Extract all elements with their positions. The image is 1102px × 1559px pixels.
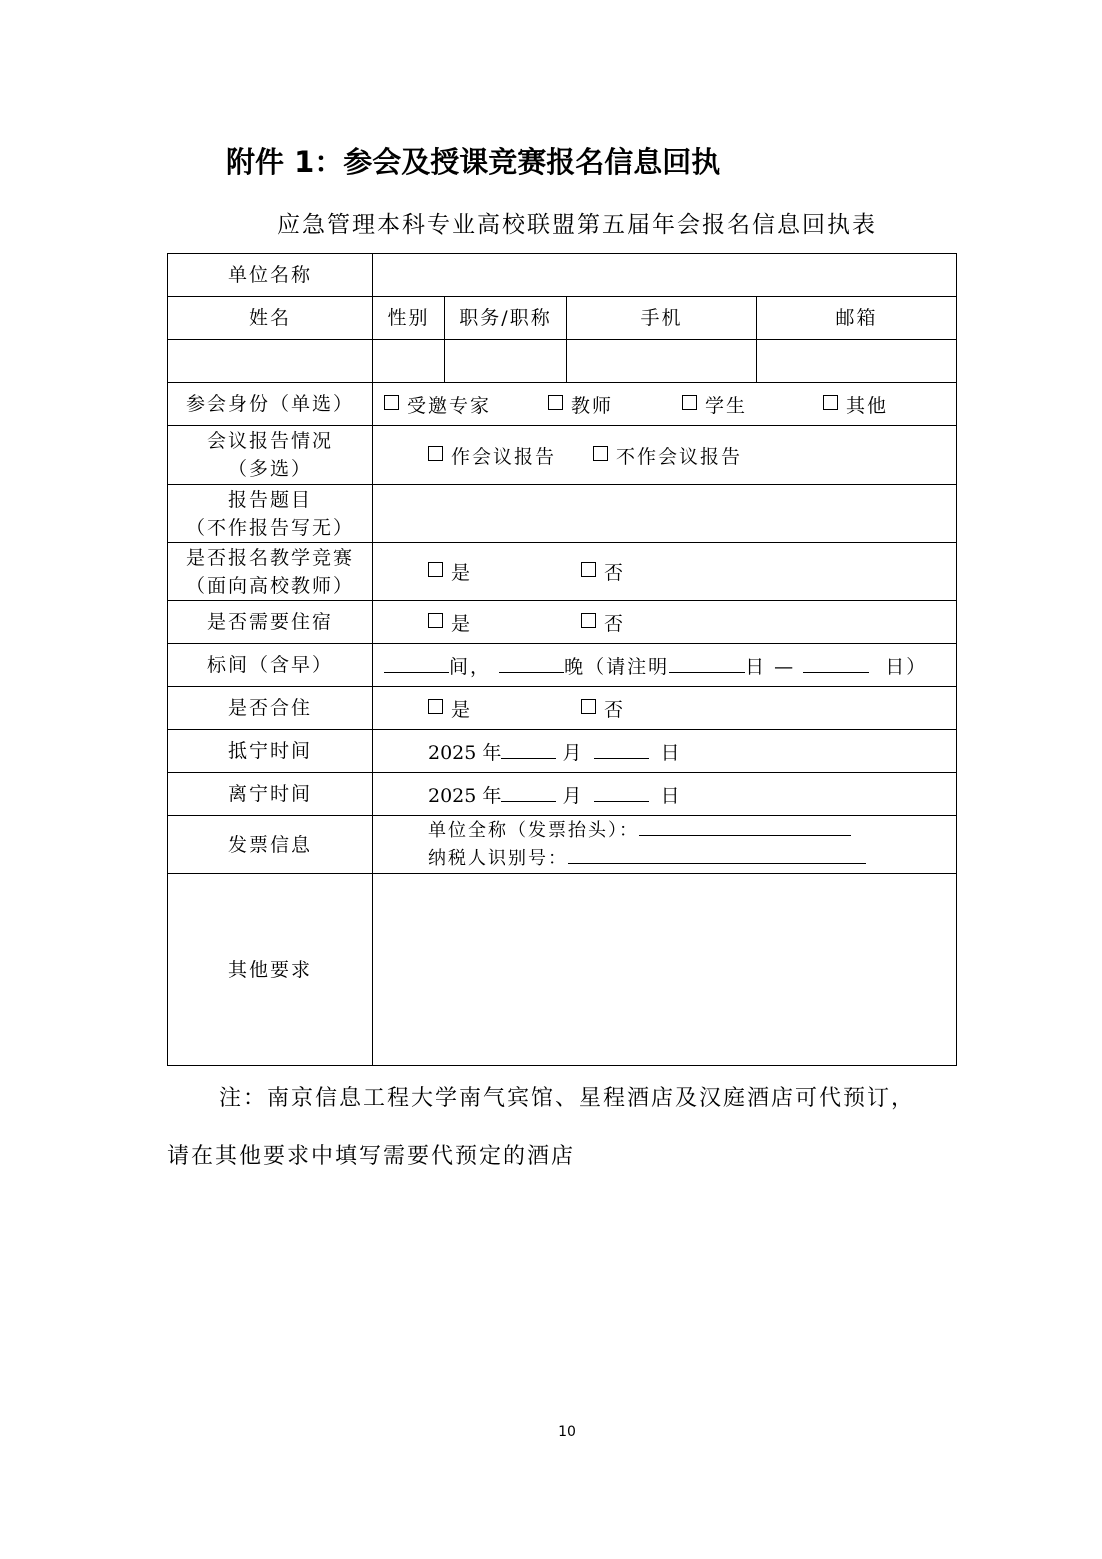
- row-standard-room: 标间（含早） 间， 晚（请注明日 — 日）: [168, 644, 957, 687]
- nights-blank[interactable]: [499, 654, 564, 673]
- invoice-title-blank[interactable]: [639, 817, 851, 836]
- share-room-option-yes[interactable]: 是: [428, 695, 581, 722]
- other-label: 其他要求: [168, 874, 373, 1066]
- arrival-day-blank[interactable]: [594, 740, 649, 759]
- checkbox-icon[interactable]: [682, 395, 697, 410]
- departure-label: 离宁时间: [168, 773, 373, 816]
- row-invoice: 发票信息 单位全称（发票抬头）： 纳税人识别号：: [168, 816, 957, 874]
- checkbox-icon[interactable]: [548, 395, 563, 410]
- share-room-label: 是否合住: [168, 687, 373, 730]
- title-field[interactable]: [445, 340, 567, 383]
- report-title-field[interactable]: [373, 485, 957, 543]
- attachment-heading: 附件 1：参会及授课竞赛报名信息回执: [226, 140, 720, 181]
- unit-name-label: 单位名称: [168, 254, 373, 297]
- share-room-option-no[interactable]: 否: [581, 695, 625, 722]
- standard-room-fields: 间， 晚（请注明日 — 日）: [373, 644, 957, 687]
- col-phone-header: 手机: [567, 297, 757, 340]
- competition-label: 是否报名教学竞赛（面向高校教师）: [168, 543, 373, 601]
- identity-option-teacher[interactable]: 教师: [548, 391, 682, 418]
- report-options: 作会议报告 不作会议报告: [373, 426, 957, 485]
- col-email-header: 邮箱: [757, 297, 957, 340]
- report-label: 会议报告情况（多选）: [168, 426, 373, 485]
- competition-option-no[interactable]: 否: [581, 558, 625, 585]
- identity-option-other[interactable]: 其他: [823, 391, 888, 418]
- row-unit-name: 单位名称: [168, 254, 957, 297]
- arrival-fields: 2025 年 月 日: [373, 730, 957, 773]
- col-gender-header: 性别: [373, 297, 445, 340]
- identity-option-student[interactable]: 学生: [682, 391, 823, 418]
- row-arrival: 抵宁时间 2025 年 月 日: [168, 730, 957, 773]
- form-title: 应急管理本科专业高校联盟第五届年会报名信息回执表: [0, 206, 1102, 239]
- row-identity: 参会身份（单选） 受邀专家 教师 学生 其他: [168, 383, 957, 426]
- end-day-blank[interactable]: [803, 654, 869, 673]
- checkbox-icon[interactable]: [593, 446, 608, 461]
- row-competition: 是否报名教学竞赛（面向高校教师） 是 否: [168, 543, 957, 601]
- row-departure: 离宁时间 2025 年 月 日: [168, 773, 957, 816]
- unit-name-field[interactable]: [373, 254, 957, 297]
- col-name-header: 姓名: [168, 297, 373, 340]
- identity-label: 参会身份（单选）: [168, 383, 373, 426]
- report-option-yes[interactable]: 作会议报告: [428, 442, 593, 469]
- lodging-option-no[interactable]: 否: [581, 609, 625, 636]
- arrival-month-blank[interactable]: [501, 740, 556, 759]
- checkbox-icon[interactable]: [581, 699, 596, 714]
- email-field[interactable]: [757, 340, 957, 383]
- note-line-2: 请在其他要求中填写需要代预定的酒店: [167, 1128, 956, 1186]
- checkbox-icon[interactable]: [384, 395, 399, 410]
- row-lodging: 是否需要住宿 是 否: [168, 601, 957, 644]
- note-line-1: 注：南京信息工程大学南气宾馆、星程酒店及汉庭酒店可代预订，: [167, 1070, 956, 1128]
- page-number: 10: [0, 1424, 1102, 1440]
- invoice-fields: 单位全称（发票抬头）： 纳税人识别号：: [373, 816, 957, 874]
- checkbox-icon[interactable]: [428, 562, 443, 577]
- checkbox-icon[interactable]: [581, 613, 596, 628]
- col-title-header: 职务/职称: [445, 297, 567, 340]
- departure-day-blank[interactable]: [594, 783, 649, 802]
- competition-option-yes[interactable]: 是: [428, 558, 581, 585]
- phone-field[interactable]: [567, 340, 757, 383]
- report-title-label: 报告题目（不作报告写无）: [168, 485, 373, 543]
- rooms-blank[interactable]: [384, 654, 449, 673]
- name-field[interactable]: [168, 340, 373, 383]
- lodging-label: 是否需要住宿: [168, 601, 373, 644]
- gender-field[interactable]: [373, 340, 445, 383]
- checkbox-icon[interactable]: [428, 446, 443, 461]
- other-field[interactable]: [373, 874, 957, 1066]
- start-day-blank[interactable]: [669, 654, 745, 673]
- checkbox-icon[interactable]: [428, 699, 443, 714]
- registration-form-table: 单位名称 姓名 性别 职务/职称 手机 邮箱 参会身份（单选） 受邀专家 教师 …: [167, 253, 957, 1066]
- lodging-option-yes[interactable]: 是: [428, 609, 581, 636]
- departure-fields: 2025 年 月 日: [373, 773, 957, 816]
- row-other: 其他要求: [168, 874, 957, 1066]
- arrival-label: 抵宁时间: [168, 730, 373, 773]
- row-share-room: 是否合住 是 否: [168, 687, 957, 730]
- invoice-label: 发票信息: [168, 816, 373, 874]
- identity-options: 受邀专家 教师 学生 其他: [373, 383, 957, 426]
- checkbox-icon[interactable]: [428, 613, 443, 628]
- row-person-headers: 姓名 性别 职务/职称 手机 邮箱: [168, 297, 957, 340]
- row-person-values: [168, 340, 957, 383]
- checkbox-icon[interactable]: [581, 562, 596, 577]
- row-report: 会议报告情况（多选） 作会议报告 不作会议报告: [168, 426, 957, 485]
- note: 注：南京信息工程大学南气宾馆、星程酒店及汉庭酒店可代预订， 请在其他要求中填写需…: [167, 1070, 956, 1186]
- row-report-title: 报告题目（不作报告写无）: [168, 485, 957, 543]
- competition-options: 是 否: [373, 543, 957, 601]
- report-option-no[interactable]: 不作会议报告: [593, 442, 742, 469]
- checkbox-icon[interactable]: [823, 395, 838, 410]
- share-room-options: 是 否: [373, 687, 957, 730]
- standard-room-label: 标间（含早）: [168, 644, 373, 687]
- lodging-options: 是 否: [373, 601, 957, 644]
- taxpayer-id-blank[interactable]: [568, 845, 866, 864]
- identity-option-expert[interactable]: 受邀专家: [384, 391, 548, 418]
- departure-month-blank[interactable]: [501, 783, 556, 802]
